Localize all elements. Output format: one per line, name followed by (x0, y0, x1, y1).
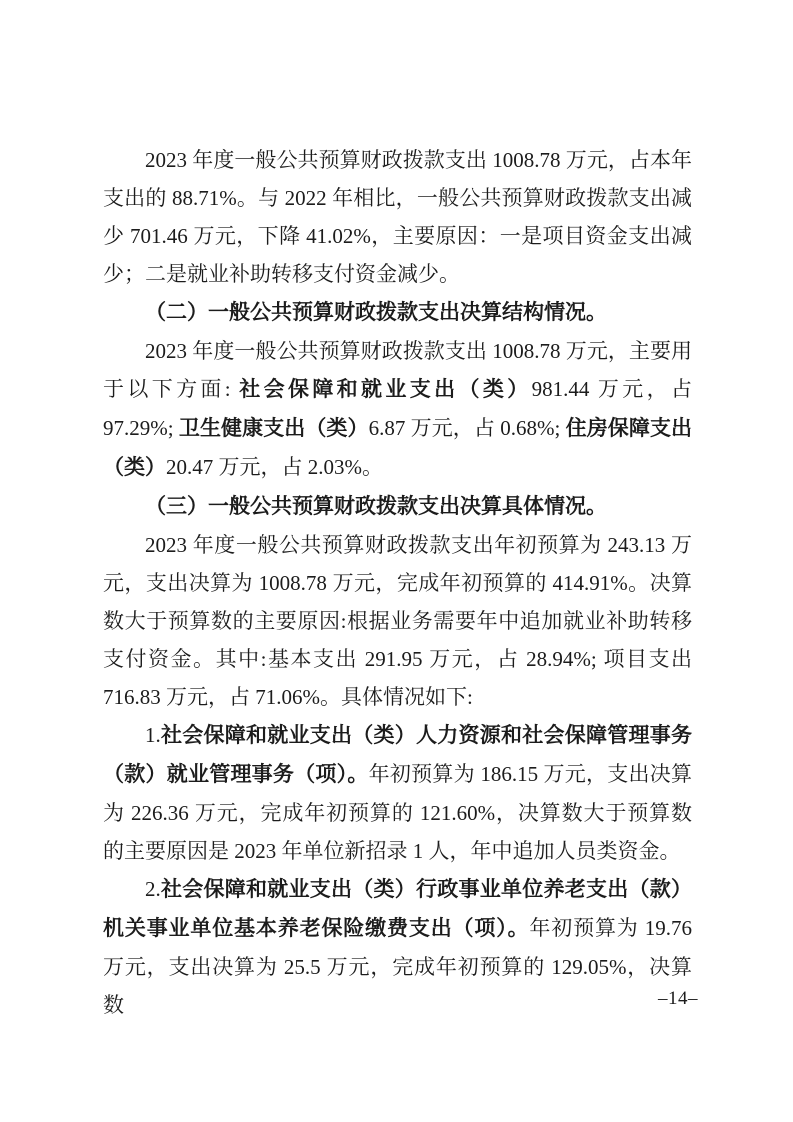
text-run: 2023 年度一般公共预算财政拨款支出 1008.78 万元，占本年支出的 88… (103, 148, 692, 286)
para-detail-overview: 2023 年度一般公共预算财政拨款支出年初预算为 243.13 万元，支出决算为… (103, 526, 692, 716)
heading-section-2: （二）一般公共预算财政拨款支出决算结构情况。 (103, 293, 692, 332)
text-run: 6.87 万元，占 0.68%; (369, 416, 566, 440)
para-expenditure-overview: 2023 年度一般公共预算财政拨款支出 1008.78 万元，占本年支出的 88… (103, 141, 692, 293)
text-run: 20.47 万元，占 2.03%。 (166, 455, 383, 479)
page-number: –14– (658, 986, 698, 1012)
bold-text-run: （三）一般公共预算财政拨款支出决算具体情况。 (145, 495, 607, 518)
document-content: 2023 年度一般公共预算财政拨款支出 1008.78 万元，占本年支出的 88… (103, 141, 692, 1024)
text-run: 2023 年度一般公共预算财政拨款支出年初预算为 243.13 万元，支出决算为… (103, 533, 692, 709)
text-run: 2. (145, 877, 161, 901)
text-run: 1. (145, 723, 161, 747)
bold-text-run: （二）一般公共预算财政拨款支出决算结构情况。 (145, 301, 607, 324)
bold-text-run: 卫生健康支出（类） (179, 417, 369, 440)
heading-section-3: （三）一般公共预算财政拨款支出决算具体情况。 (103, 487, 692, 526)
bold-text-run: 社会保障和就业支出（类） (239, 378, 531, 401)
para-expenditure-structure: 2023 年度一般公共预算财政拨款支出 1008.78 万元，主要用于以下方面:… (103, 332, 692, 487)
para-item-1: 1.社会保障和就业支出（类）人力资源和社会保障管理事务（款）就业管理事务（项）。… (103, 716, 692, 870)
document-page: 2023 年度一般公共预算财政拨款支出 1008.78 万元，占本年支出的 88… (0, 0, 793, 1122)
para-item-2: 2.社会保障和就业支出（类）行政事业单位养老支出（款）机关事业单位基本养老保险缴… (103, 870, 692, 1024)
